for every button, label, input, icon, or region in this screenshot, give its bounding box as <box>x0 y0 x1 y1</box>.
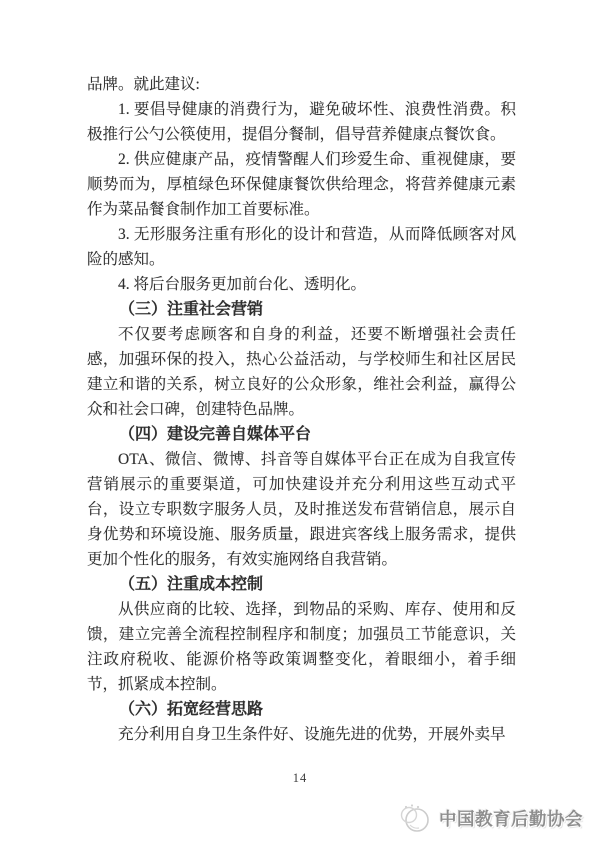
section-heading: （四）建设完善自媒体平台 <box>87 422 516 447</box>
paragraph: 4. 将后台服务更加前台化、透明化。 <box>87 272 516 297</box>
paragraph: 从供应商的比较、选择，到物品的采购、库存、使用和反馈，建立完善全流程控制程序和制… <box>87 597 516 697</box>
section-heading: （六）拓宽经营思路 <box>87 697 516 722</box>
section-heading: （五）注重成本控制 <box>87 572 516 597</box>
paragraph: 充分利用自身卫生条件好、设施先进的优势，开展外卖早 <box>87 722 516 747</box>
paragraph: 品牌。就此建议: <box>87 72 516 97</box>
document-body: 品牌。就此建议:1. 要倡导健康的消费行为，避免破坏性、浪费性消费。积极推行公勺… <box>87 72 516 747</box>
section-heading: （三）注重社会营销 <box>87 297 516 322</box>
association-emblem-icon <box>396 800 432 836</box>
paragraph: 3. 无形服务注重有形化的设计和营造，从而降低顾客对风险的感知。 <box>87 222 516 272</box>
paragraph: 不仅要考虑顾客和自身的利益，还要不断增强社会责任感，加强环保的投入，热心公益活动… <box>87 322 516 422</box>
paragraph: 1. 要倡导健康的消费行为，避免破坏性、浪费性消费。积极推行公勺公筷使用，提倡分… <box>87 97 516 147</box>
paragraph: OTA、微信、微博、抖音等自媒体平台正在成为自我宣传营销展示的重要渠道，可加快建… <box>87 447 516 572</box>
footer-watermark: 中国教育后勤协会 <box>396 800 583 836</box>
page-number: 14 <box>0 771 600 786</box>
association-name: 中国教育后勤协会 <box>439 806 583 831</box>
paragraph: 2. 供应健康产品，疫情警醒人们珍爱生命、重视健康，要顺势而为，厚植绿色环保健康… <box>87 147 516 222</box>
document-page: 品牌。就此建议:1. 要倡导健康的消费行为，避免破坏性、浪费性消费。积极推行公勺… <box>0 0 600 847</box>
